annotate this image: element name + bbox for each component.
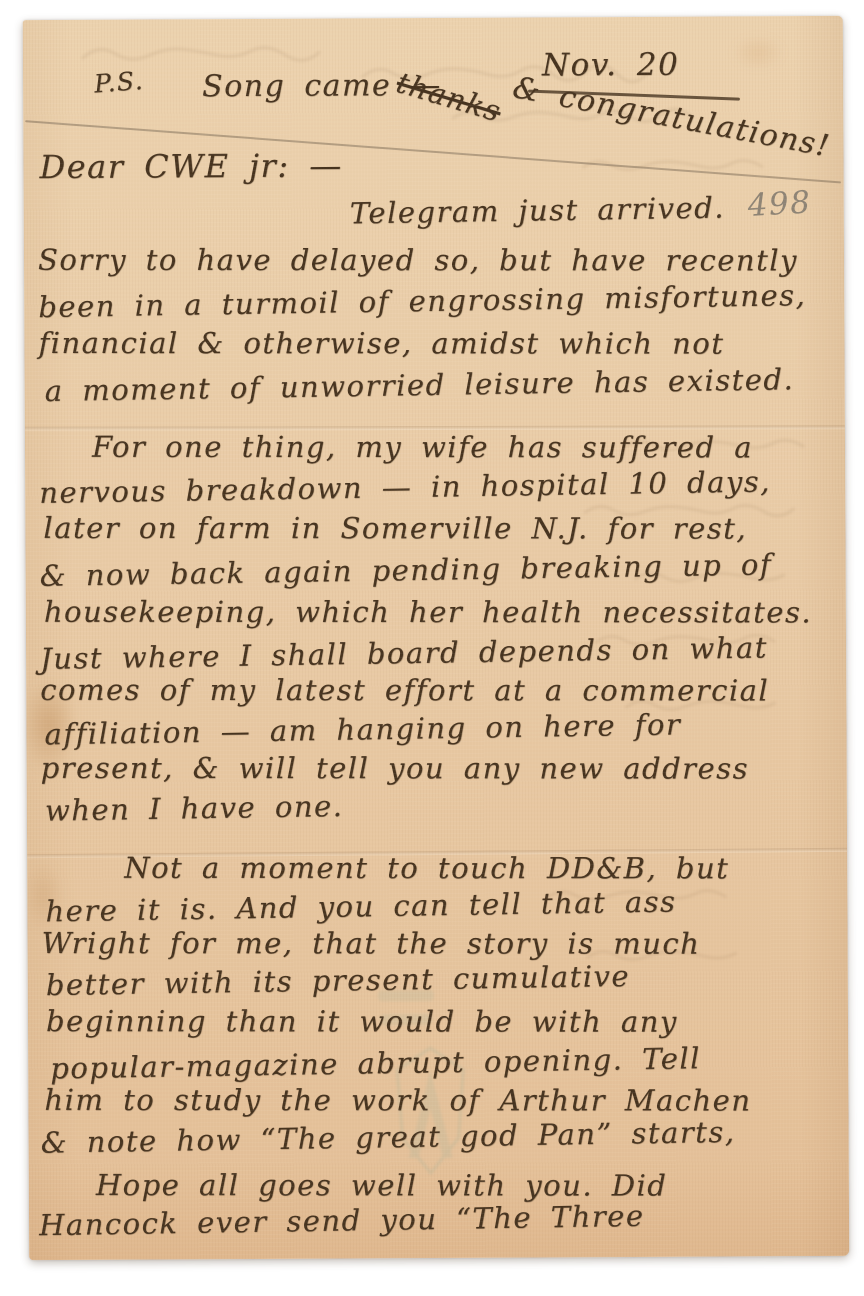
letter-line: & note how “The great god Pan” starts, (40, 1115, 735, 1160)
catalog-number-pencil: 498 (747, 184, 813, 224)
letter-line: housekeeping, which her health necessita… (44, 595, 812, 630)
letter-line: Hancock ever send you “The Three (39, 1199, 645, 1243)
letter-line: better with its present cumulative (46, 959, 631, 1002)
letter-line: comes of my latest effort at a commercia… (40, 673, 769, 708)
letter-line: Just where I shall board depends on what (40, 630, 768, 675)
stain (723, 30, 793, 74)
letter-line: present, & will tell you any new address (41, 751, 749, 786)
postscript-struck-word: thanks (393, 65, 506, 129)
letter-line: For one thing, my wife has suffered a (92, 430, 753, 465)
letter-line: affiliation — am hanging on here for (44, 707, 681, 751)
letter-line: Sorry to have delayed so, but have recen… (38, 243, 798, 278)
postscript-label: P.S. (93, 66, 145, 99)
letter-line: Wright for me, that the story is much (42, 926, 701, 961)
postscript-tail: & congratulations! (510, 70, 833, 164)
letter-line: financial & otherwise, amidst which not (38, 326, 724, 361)
letter-line: a moment of unworried leisure has existe… (44, 362, 794, 408)
letter-line: been in a turmoil of engrossing misfortu… (38, 278, 806, 324)
letter-line: Not a moment to touch DD&B, but (124, 851, 729, 886)
letter-line: & now back again pending breaking up of (39, 547, 772, 593)
date: Nov. 20 (542, 47, 679, 84)
letter-line: nervous breakdown — in hospital 10 days, (39, 464, 771, 509)
letter-line: him to study the work of Arthur Machen (44, 1083, 751, 1118)
letter-paper: P.S. Song came — thanks & congratulation… (23, 16, 849, 1260)
letter-line: later on farm in Somerville N.J. for res… (43, 511, 747, 546)
letter-line: beginning than it would be with any (46, 1004, 678, 1039)
letter-body: Telegram just arrived. Sorry to have del… (23, 16, 843, 20)
letter-line: Hope all goes well with you. Did (96, 1168, 668, 1202)
letter-line: when I have one. (45, 789, 344, 828)
letter-line: Telegram just arrived. (350, 191, 726, 231)
salutation: Dear CWE jr: — (39, 146, 342, 186)
letter-photo: { "photo": { "background_color": "#fffff… (0, 0, 864, 1296)
letter-line: popular-magazine abrupt opening. Tell (50, 1041, 701, 1085)
letter-line: here it is. And you can tell that ass (45, 884, 676, 928)
